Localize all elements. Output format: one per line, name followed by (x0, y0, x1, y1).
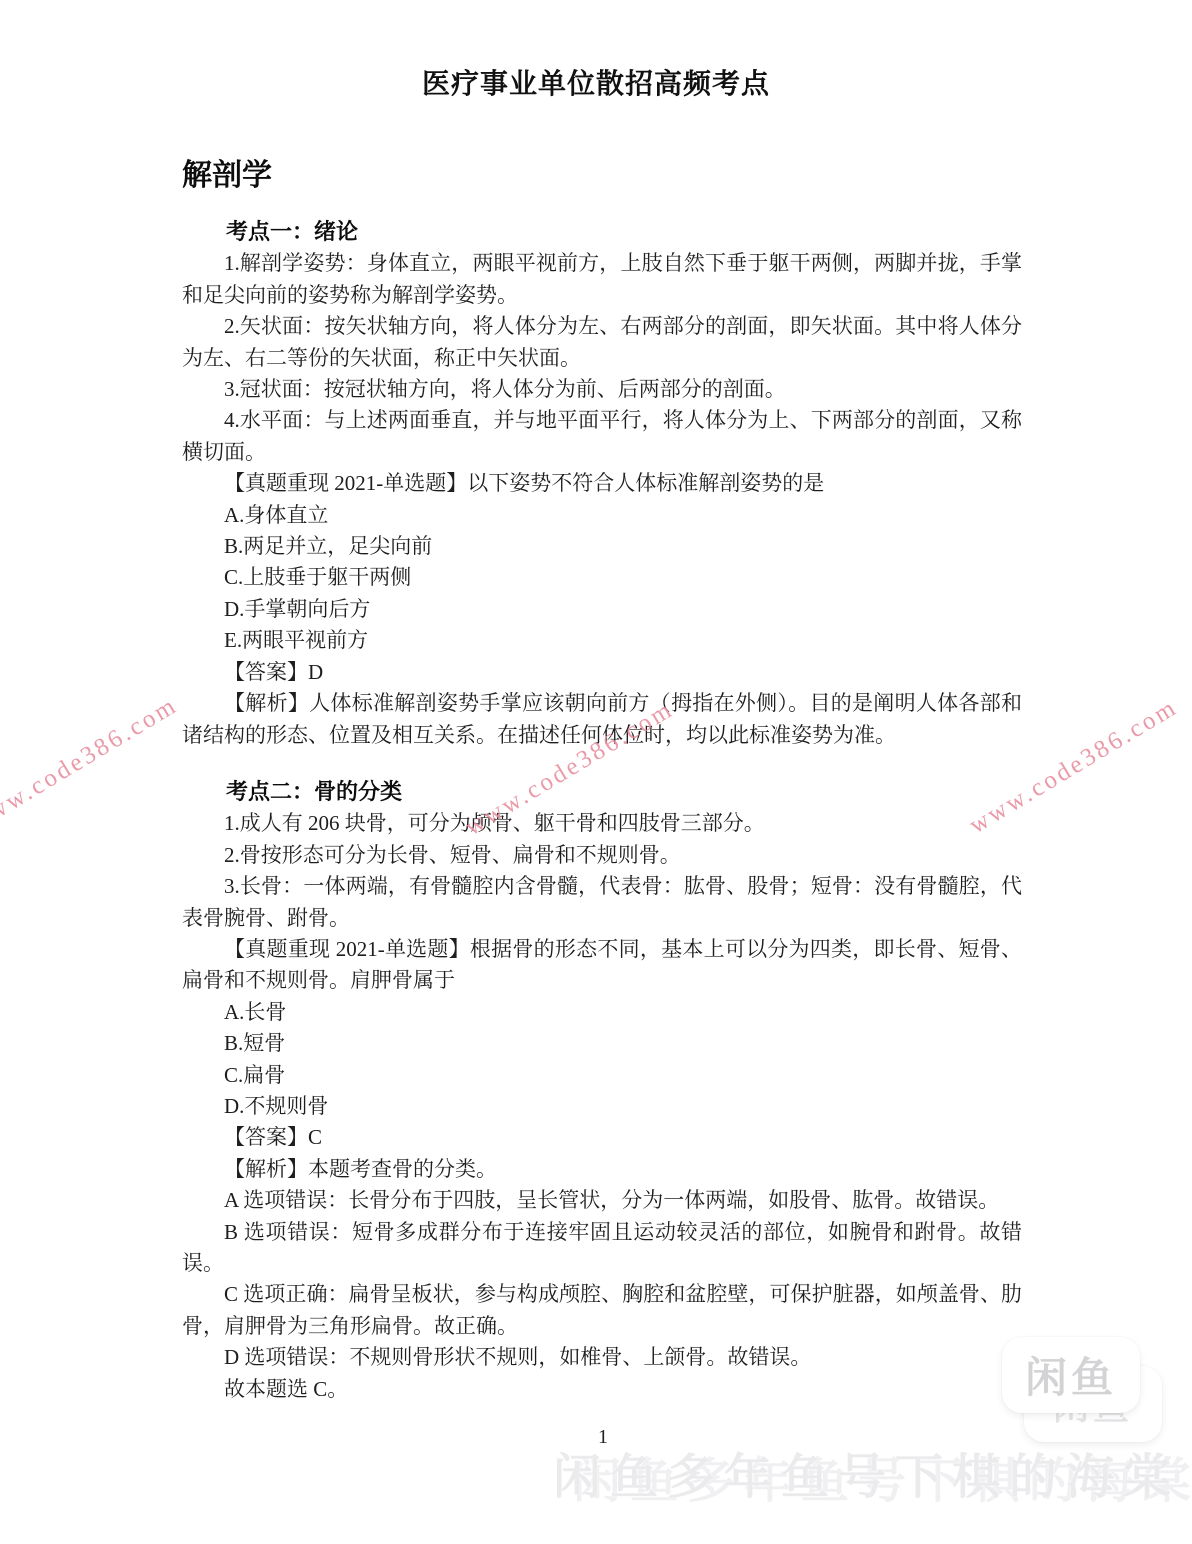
paragraph: 3.冠状面：按冠状轴方向，将人体分为前、后两部分的剖面。 (182, 374, 1022, 405)
page-number: 1 (598, 1426, 608, 1449)
paragraph: 2.骨按形态可分为长骨、短骨、扁骨和不规则骨。 (182, 840, 1022, 871)
chapter-heading: 解剖学 (182, 158, 1022, 194)
xianyu-logo-icon: 闲鱼 (1053, 1379, 1133, 1430)
question-stem: 【真题重现 2021-单选题】根据骨的形态不同，基本上可以分为四类，即长骨、短骨… (182, 934, 1022, 997)
analysis-line: D 选项错误：不规则骨形状不规则，如椎骨、上颌骨。故错误。 (182, 1342, 1022, 1373)
section-heading: 考点二：骨的分类 (182, 777, 1022, 808)
analysis-line: B 选项错误：短骨多成群分布于连接牢固且运动较灵活的部位，如腕骨和跗骨。故错误。 (182, 1217, 1022, 1280)
document-page: 医疗事业单位散招高频考点 解剖学 考点一：绪论 1.解剖学姿势：身体直立，两眼平… (0, 0, 1192, 1544)
option-line: E.两眼平视前方 (182, 625, 1022, 656)
paragraph: 3.长骨：一体两端，有骨髓腔内含骨髓，代表骨：肱骨、股骨；短骨：没有骨髓腔，代表… (182, 871, 1022, 934)
answer-line: 【答案】D (182, 657, 1022, 688)
option-line: C.上肢垂于躯干两侧 (182, 562, 1022, 593)
xianyu-logo-icon: 闲鱼 (1025, 1345, 1117, 1405)
option-line: A.身体直立 (182, 500, 1022, 531)
page-title: 医疗事业单位散招高频考点 (0, 62, 1192, 102)
paragraph: 1.成人有 206 块骨，可分为颅骨、躯干骨和四肢骨三部分。 (182, 808, 1022, 839)
option-line: C.扁骨 (182, 1060, 1022, 1091)
faint-username-watermark: 闲鱼多年鱼号下棋的海棠 (573, 1442, 1192, 1511)
option-line: A.长骨 (182, 997, 1022, 1028)
option-line: B.两足并立，足尖向前 (182, 531, 1022, 562)
analysis-line: 【解析】本题考查骨的分类。 (182, 1154, 1022, 1185)
answer-line: 【答案】C (182, 1122, 1022, 1153)
option-line: D.手掌朝向后方 (182, 594, 1022, 625)
analysis-line: C 选项正确：扁骨呈板状，参与构成颅腔、胸腔和盆腔壁，可保护脏器，如颅盖骨、肋骨… (182, 1279, 1022, 1342)
option-line: B.短骨 (182, 1028, 1022, 1059)
analysis-line: 【解析】人体标准解剖姿势手掌应该朝向前方（拇指在外侧）。目的是阐明人体各部和诸结… (182, 688, 1022, 751)
site-watermark: www.code386.com (0, 692, 183, 838)
question-stem: 【真题重现 2021-单选题】以下姿势不符合人体标准解剖姿势的是 (182, 468, 1022, 499)
section-heading: 考点一：绪论 (182, 217, 1022, 248)
analysis-line: A 选项错误：长骨分布于四肢，呈长管状，分为一体两端，如股骨、肱骨。故错误。 (182, 1185, 1022, 1216)
conclusion-line: 故本题选 C。 (182, 1374, 1022, 1405)
xianyu-logo-watermark: 闲鱼 (1002, 1337, 1140, 1413)
faint-username-watermark: 闲鱼多年鱼号下棋的海棠 (553, 1438, 1192, 1507)
document-body: 解剖学 考点一：绪论 1.解剖学姿势：身体直立，两眼平视前方，上肢自然下垂于躯干… (182, 158, 1022, 1405)
paragraph: 2.矢状面：按矢状轴方向，将人体分为左、右两部分的剖面，即矢状面。其中将人体分为… (182, 311, 1022, 374)
paragraph: 1.解剖学姿势：身体直立，两眼平视前方，上肢自然下垂于躯干两侧，两脚并拢，手掌和… (182, 248, 1022, 311)
xianyu-logo-watermark: 闲鱼 (1024, 1366, 1162, 1442)
paragraph: 4.水平面：与上述两面垂直，并与地平面平行，将人体分为上、下两部分的剖面，又称横… (182, 405, 1022, 468)
option-line: D.不规则骨 (182, 1091, 1022, 1122)
